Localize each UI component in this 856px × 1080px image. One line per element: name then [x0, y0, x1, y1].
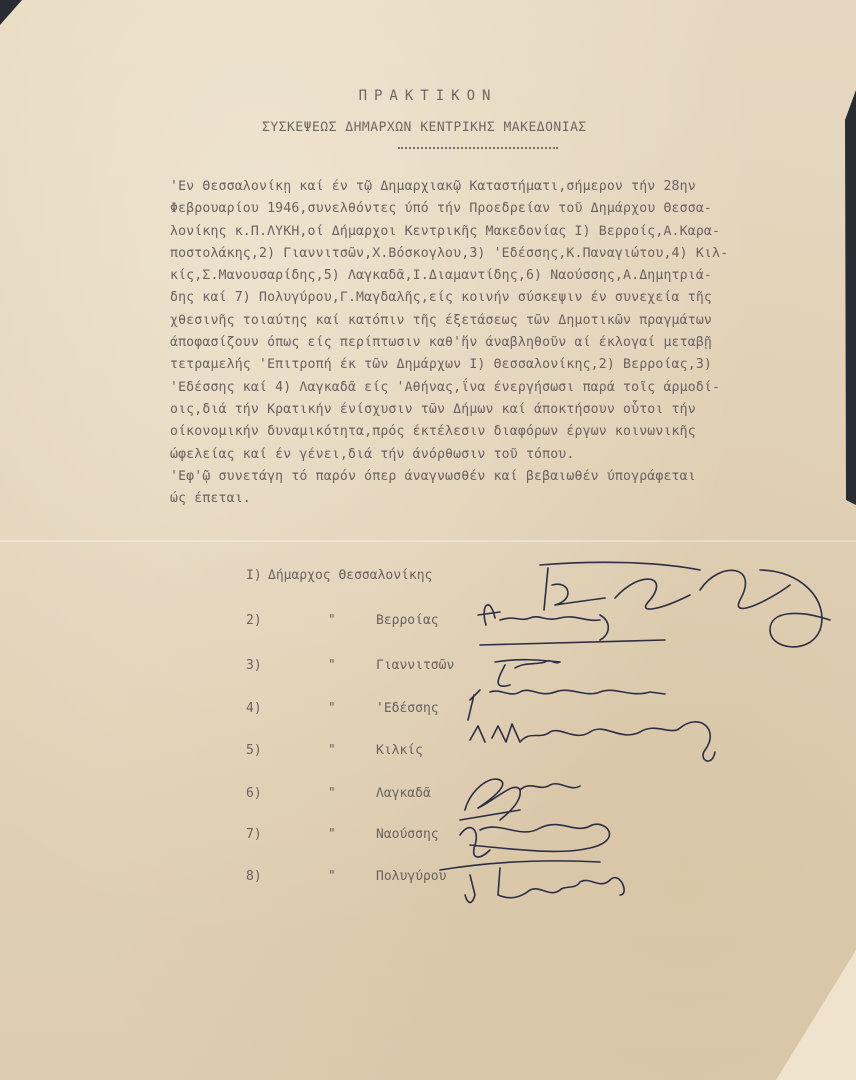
body-line: ώς έπεται. [170, 488, 850, 510]
signatory-place: Δήμαρχος Θεσσαλονίκης [268, 568, 432, 583]
signatory-number: 4) [246, 701, 262, 716]
body-line: Φεβρουαρίου 1946,συνελθόντες ύπό τήν Προ… [170, 198, 850, 220]
body-line: οίκονομικήν δυναμικότητα,πρός έκτέλεσιν … [170, 421, 850, 443]
paper-fold-line [0, 540, 856, 542]
body-line: 'Εδέσσης καί 4) Λαγκαδᾶ είς 'Αθήνας,ΐνα … [170, 377, 850, 399]
ditto-mark: " [328, 613, 336, 628]
body-line: 'Εφ'ῷ συνετάγη τό παρόν όπερ άναγνωσθέν … [170, 466, 850, 488]
signatory-place: Βερροίας [376, 613, 439, 628]
signatory-place: Γιαννιτσῶν [376, 658, 454, 673]
body-line: τετραμελής 'Επιτροπή έκ τῶν Δημάρχων Ι) … [170, 354, 850, 376]
ditto-mark: " [328, 658, 336, 673]
signatory-number: 2) [246, 613, 262, 628]
signatory-place: Κιλκίς [376, 743, 423, 758]
body-line: άποφασίζουν όπως είς περίπτωσιν καθ'ἥν ά… [170, 332, 850, 354]
body-line: χθεσινῆς τοιαύτης καί κατόπιν τῆς έξετάσ… [170, 310, 850, 332]
signatory-number: 6) [246, 786, 262, 801]
signatory-number: 3) [246, 658, 262, 673]
body-line: λονίκης κ.Π.ΛΥΚΗ,οί Δήμαρχοι Κεντρικῆς Μ… [170, 221, 850, 243]
body-line: οις,διά τήν Κρατικήν ένίσχυσιν τῶν Δήμων… [170, 399, 850, 421]
body-line: δης καί 7) Πολυγύρου,Γ.Μαγδαλῆς,είς κοιν… [170, 287, 850, 309]
ditto-mark: " [328, 701, 336, 716]
title-underline [398, 147, 558, 149]
ditto-mark: " [328, 827, 336, 842]
ditto-mark: " [328, 743, 336, 758]
body-line: ποστολάκης,2) Γιαννιτσῶν,Χ.Βόσκογλου,3) … [170, 243, 850, 265]
signatory-place: Λαγκαδᾶ [376, 786, 431, 801]
document-subtitle: ΣΥΣΚΕΨΕΩΣ ΔΗΜΑΡΧΩΝ ΚΕΝΤΡΙΚΗΣ ΜΑΚΕΔΟΝΙΑΣ [262, 120, 587, 135]
document-body: 'Εν Θεσσαλονίκῃ καί έν τῷ Δημαρχιακῷ Κατ… [170, 176, 850, 510]
signatory-place: Πολυγύρου [376, 869, 446, 884]
ditto-mark: " [328, 786, 336, 801]
signatory-number: 7) [246, 827, 262, 842]
folded-corner [776, 950, 856, 1080]
body-line: κίς,Σ.Μανουσαρίδης,5) Λαγκαδᾶ,Ι.Διαμαντί… [170, 265, 850, 287]
body-line: ώφελείας καί έν γένει,διά τήν άνόρθωσιν … [170, 444, 850, 466]
signatory-number: 8) [246, 869, 262, 884]
ditto-mark: " [328, 869, 336, 884]
signatory-place: 'Εδέσσης [376, 701, 439, 716]
document-title: ΠΡΑΚΤΙΚΟΝ [0, 88, 856, 104]
signatory-number: Ι) [246, 568, 262, 583]
signatory-place: Ναούσσης [376, 827, 439, 842]
body-line: 'Εν Θεσσαλονίκῃ καί έν τῷ Δημαρχιακῷ Κατ… [170, 176, 850, 198]
signatory-number: 5) [246, 743, 262, 758]
